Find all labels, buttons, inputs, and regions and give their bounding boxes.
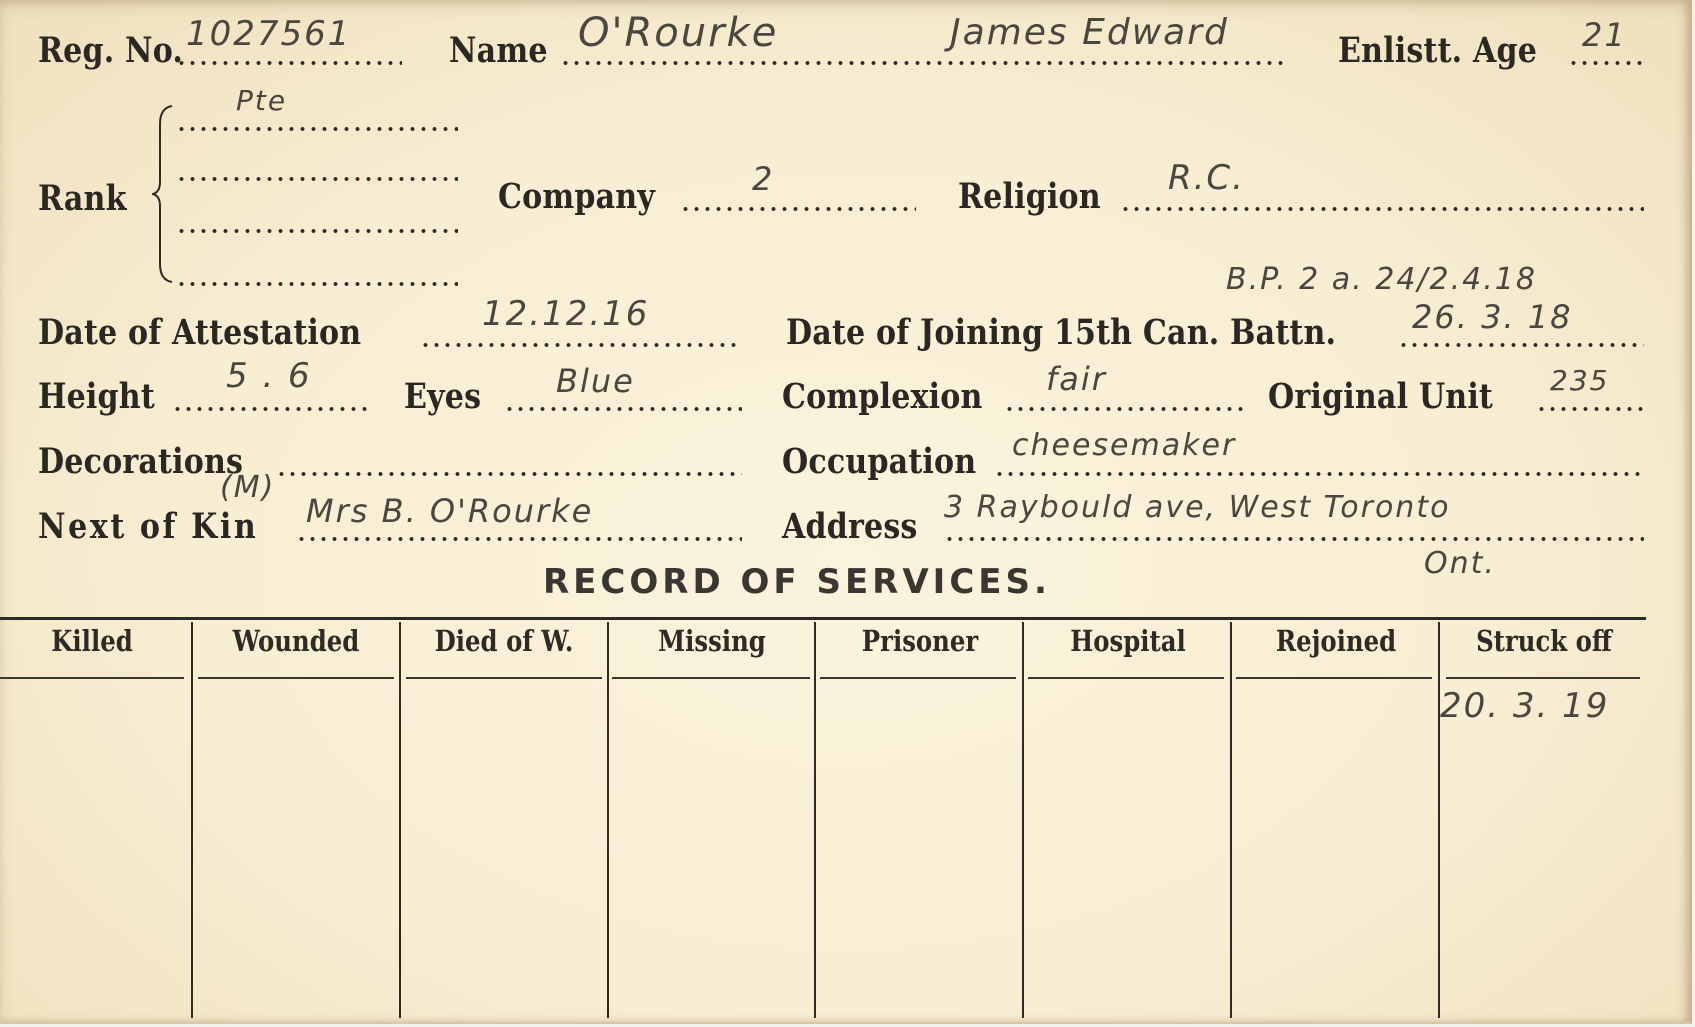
surname-value: O'Rourke: [578, 10, 778, 56]
name-label: Name: [449, 30, 548, 71]
rank-line-2: [176, 176, 458, 182]
header-underline: [406, 677, 602, 679]
rank-line-4: [176, 281, 458, 287]
rank-label: Rank: [38, 178, 127, 219]
occupation-label: Occupation: [782, 441, 976, 482]
next-of-kin-value: Mrs B. O'Rourke: [306, 492, 593, 530]
religion-value: R.C.: [1168, 158, 1245, 198]
column-header-struck-off: Struck off: [1457, 624, 1632, 658]
next-of-kin-relation: (M): [220, 470, 275, 505]
address-line-1: 3 Raybould ave, West Toronto: [944, 490, 1450, 525]
service-record-card: Reg. No. 1027561 Name O'Rourke James Edw…: [0, 0, 1692, 1024]
column-divider: [607, 622, 609, 1018]
eyes-dotted-line: [504, 406, 742, 412]
company-dotted-line: [680, 206, 916, 212]
column-divider: [399, 622, 401, 1018]
address-dotted-line: [944, 536, 1644, 542]
religion-dotted-line: [1120, 206, 1644, 212]
decorations-dotted-line: [276, 471, 742, 477]
next-of-kin-dotted-line: [296, 536, 742, 542]
company-label: Company: [498, 176, 655, 217]
record-of-services-title: RECORD OF SERVICES.: [543, 562, 1051, 602]
name-dotted-line: [560, 60, 1288, 66]
header-underline: [1446, 677, 1640, 679]
column-header-rejoined: Rejoined: [1249, 624, 1424, 658]
header-underline: [0, 677, 184, 679]
occupation-dotted-line: [994, 471, 1644, 477]
column-header-died-of-wounds: Died of W.: [417, 624, 592, 658]
original-unit-label: Original Unit: [1268, 376, 1493, 417]
date-joining-label: Date of Joining 15th Can. Battn.: [786, 312, 1336, 353]
column-header-wounded: Wounded: [209, 624, 384, 658]
rank-line-3: [176, 228, 458, 234]
header-underline: [1028, 677, 1224, 679]
religion-label: Religion: [958, 176, 1101, 217]
enlist-age-value: 21: [1582, 16, 1627, 54]
reg-no-value: 1027561: [186, 14, 351, 54]
header-underline: [820, 677, 1016, 679]
attestation-dotted-line: [420, 342, 742, 348]
header-underline: [1236, 677, 1432, 679]
age-dotted-line: [1568, 60, 1642, 66]
date-joining-value: 26. 3. 18: [1412, 298, 1572, 336]
height-dotted-line: [172, 406, 368, 412]
struck-off-value: 20. 3. 19: [1440, 686, 1609, 726]
original-unit-value: 235: [1550, 364, 1609, 397]
column-header-prisoner: Prisoner: [833, 624, 1008, 658]
complexion-dotted-line: [1004, 406, 1246, 412]
column-divider: [814, 622, 816, 1018]
rank-brace-icon: [152, 104, 174, 284]
column-divider: [1230, 622, 1232, 1018]
next-of-kin-label: Next of Kin: [38, 506, 258, 547]
original-unit-dotted-line: [1536, 406, 1644, 412]
column-divider: [191, 622, 193, 1018]
rank-value: Pte: [236, 84, 287, 117]
eyes-label: Eyes: [404, 376, 481, 417]
column-header-missing: Missing: [625, 624, 800, 658]
date-attestation-value: 12.12.16: [482, 294, 649, 334]
address-line-2: Ont.: [1424, 546, 1496, 581]
column-header-killed: Killed: [15, 624, 170, 658]
company-value: 2: [752, 160, 774, 198]
header-underline: [198, 677, 394, 679]
height-value: 5 . 6: [226, 356, 312, 396]
reg-no-label: Reg. No.: [38, 30, 183, 71]
column-divider: [1438, 622, 1440, 1018]
table-top-rule: [0, 617, 1646, 620]
enlist-age-label: Enlistt. Age: [1338, 30, 1537, 71]
complexion-label: Complexion: [782, 376, 983, 417]
header-underline: [612, 677, 810, 679]
address-label: Address: [782, 506, 918, 547]
rank-line-1: [176, 126, 458, 132]
joining-note: B.P. 2 a. 24/2.4.18: [1226, 262, 1537, 297]
reg-no-dotted-line: [176, 60, 402, 66]
column-divider: [1022, 622, 1024, 1018]
column-header-hospital: Hospital: [1041, 624, 1216, 658]
occupation-value: cheesemaker: [1012, 428, 1236, 463]
given-names-value: James Edward: [950, 12, 1229, 53]
height-label: Height: [38, 376, 155, 417]
decorations-label: Decorations: [38, 441, 243, 482]
date-attestation-label: Date of Attestation: [38, 312, 361, 353]
eyes-value: Blue: [556, 362, 635, 400]
complexion-value: fair: [1046, 360, 1107, 398]
joining-dotted-line: [1398, 342, 1644, 348]
